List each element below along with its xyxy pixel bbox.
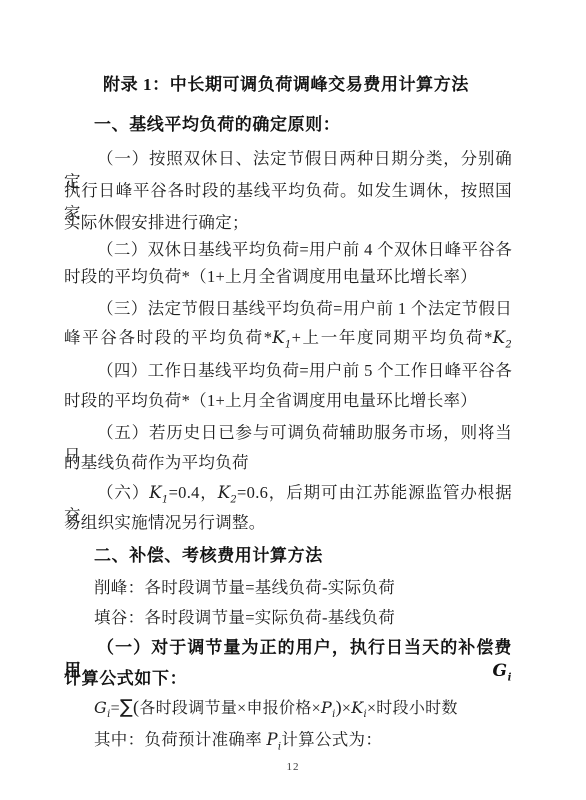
para-2-line-1: （二）双休日基线平均负荷=用户前 4 个双休日峰平谷各 xyxy=(64,238,512,261)
times-sign: × xyxy=(342,700,351,717)
compensation-para-line-2: 计算公式如下： xyxy=(64,667,512,690)
para-5-line-2: 的基线负荷作为平均负荷 xyxy=(64,451,512,474)
page-number: 12 xyxy=(0,761,586,773)
para-3-line-2: 峰平谷各时段的平均负荷*K1+上一年度同期平均负荷*K2 xyxy=(64,326,512,349)
k1-subscript: 1 xyxy=(162,494,169,505)
para-3-line-2-text2: +上一年度同期平均负荷* xyxy=(292,328,493,347)
k1-variable: K xyxy=(272,328,285,347)
para-3-line-2-text: 峰平谷各时段的平均负荷* xyxy=(64,328,272,347)
k2-subscript: 2 xyxy=(505,339,512,350)
valley-filling-rule: 填谷：各时段调节量=实际负荷-基线负荷 xyxy=(94,606,512,629)
section-2-heading: 二、补偿、考核费用计算方法 xyxy=(94,544,512,567)
compensation-formula: Gi=∑(各时段调节量×申报价格×Pi)×Ki×时段小时数 xyxy=(94,696,512,720)
k2-variable: K xyxy=(218,483,231,502)
k1-subscript: 1 xyxy=(285,339,292,350)
note-text-2: 计算公式为： xyxy=(281,730,382,749)
p-variable: P xyxy=(266,730,277,749)
p-variable: P xyxy=(321,698,332,717)
para-6-line-1-text2: =0.4， xyxy=(169,483,218,502)
para-4-line-1: （四）工作日基线平均负荷=用户前 5 个工作日峰平谷各 xyxy=(64,359,512,382)
times-sign-2: × xyxy=(367,700,376,717)
accuracy-note-line: 其中：负荷预计准确率 Pi计算公式为： xyxy=(94,728,512,751)
doc-title: 附录 1：中长期可调负荷调峰交易费用计算方法 xyxy=(103,73,523,96)
k1-variable: K xyxy=(149,483,162,502)
document-page: 附录 1：中长期可调负荷调峰交易费用计算方法 一、基线平均负荷的确定原则： （一… xyxy=(0,0,586,800)
formula-terms: 各时段调节量×申报价格× xyxy=(139,700,321,717)
k-variable: K xyxy=(351,698,363,717)
equals-sign: = xyxy=(111,700,120,717)
formula-tail: 时段小时数 xyxy=(376,700,458,717)
peak-shaving-rule: 削峰：各时段调节量=基线负荷-实际负荷 xyxy=(94,576,512,599)
g-variable: G xyxy=(94,698,107,717)
para-6-line-2: 易组织实施情况另行调整。 xyxy=(64,511,512,534)
note-text: 其中：负荷预计准确率 xyxy=(94,730,266,749)
k2-variable: K xyxy=(493,328,506,347)
para-2-line-2: 时段的平均负荷*（1+上月全省调度用电量环比增长率） xyxy=(64,265,512,288)
section-1-heading: 一、基线平均负荷的确定原则： xyxy=(94,113,512,136)
para-3-line-1: （三）法定节假日基线平均负荷=用户前 1 个法定节假日 xyxy=(64,297,512,320)
para-6-line-1-text: （六） xyxy=(97,483,149,502)
para-1-line-3: 实际休假安排进行确定； xyxy=(64,211,512,234)
summation-sign: ∑ xyxy=(120,696,133,718)
para-4-line-2: 时段的平均负荷*（1+上月全省调度用电量环比增长率） xyxy=(64,389,512,412)
